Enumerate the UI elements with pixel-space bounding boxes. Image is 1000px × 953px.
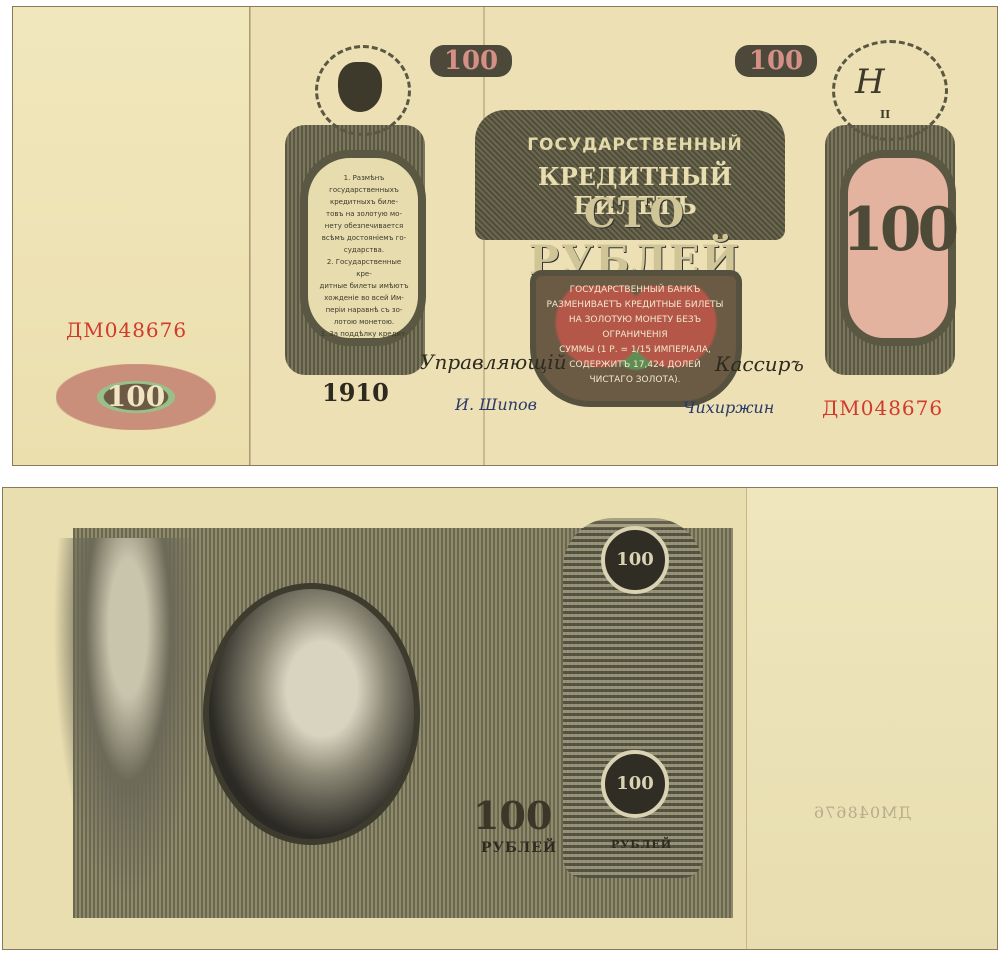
corner-denomination-left: 100: [430, 45, 512, 77]
imperial-monogram: Н: [855, 62, 885, 102]
medallion-bottom: 100: [601, 750, 669, 818]
banknote-back: 100 100 100 РУБЛЕЙ РУБЛЕЙ ДМ048676: [2, 487, 998, 950]
large-denomination: 100: [842, 195, 942, 265]
corner-denomination-right: 100: [735, 45, 817, 77]
medallion-top: 100: [601, 526, 669, 594]
manager-signature: И. Шипов: [455, 395, 537, 414]
serial-number-stub: ДМ048676: [66, 318, 187, 342]
cashier-signature: Чихиржин: [683, 398, 774, 417]
serial-number-main: ДМ048676: [822, 396, 943, 420]
back-watermark-stub: [746, 488, 997, 949]
manager-label: Управляющій: [420, 350, 567, 374]
rubles-label-right: РУБЛЕЙ: [611, 838, 672, 851]
fold-line: [249, 7, 251, 465]
stub-denomination: 100: [96, 380, 176, 413]
cashier-label: Кассиръ: [715, 352, 804, 376]
show-through-serial: ДМ048676: [813, 803, 911, 822]
catherine-ii-portrait: [203, 583, 420, 845]
issue-year: 1910: [322, 378, 389, 407]
center-denomination: 100: [473, 793, 552, 838]
legal-text: 1. Размѣнъ государственныхъ кредитныхъ б…: [318, 172, 410, 340]
monogram-wreath: [832, 40, 948, 141]
monogram-numeral: II: [880, 108, 890, 121]
allegorical-figure: [53, 538, 203, 898]
double-headed-eagle-emblem: [338, 62, 382, 112]
rubles-label-left: РУБЛЕЙ: [481, 840, 557, 856]
title-line-1: ГОСУДАРСТВЕННЫЙ: [490, 135, 780, 155]
